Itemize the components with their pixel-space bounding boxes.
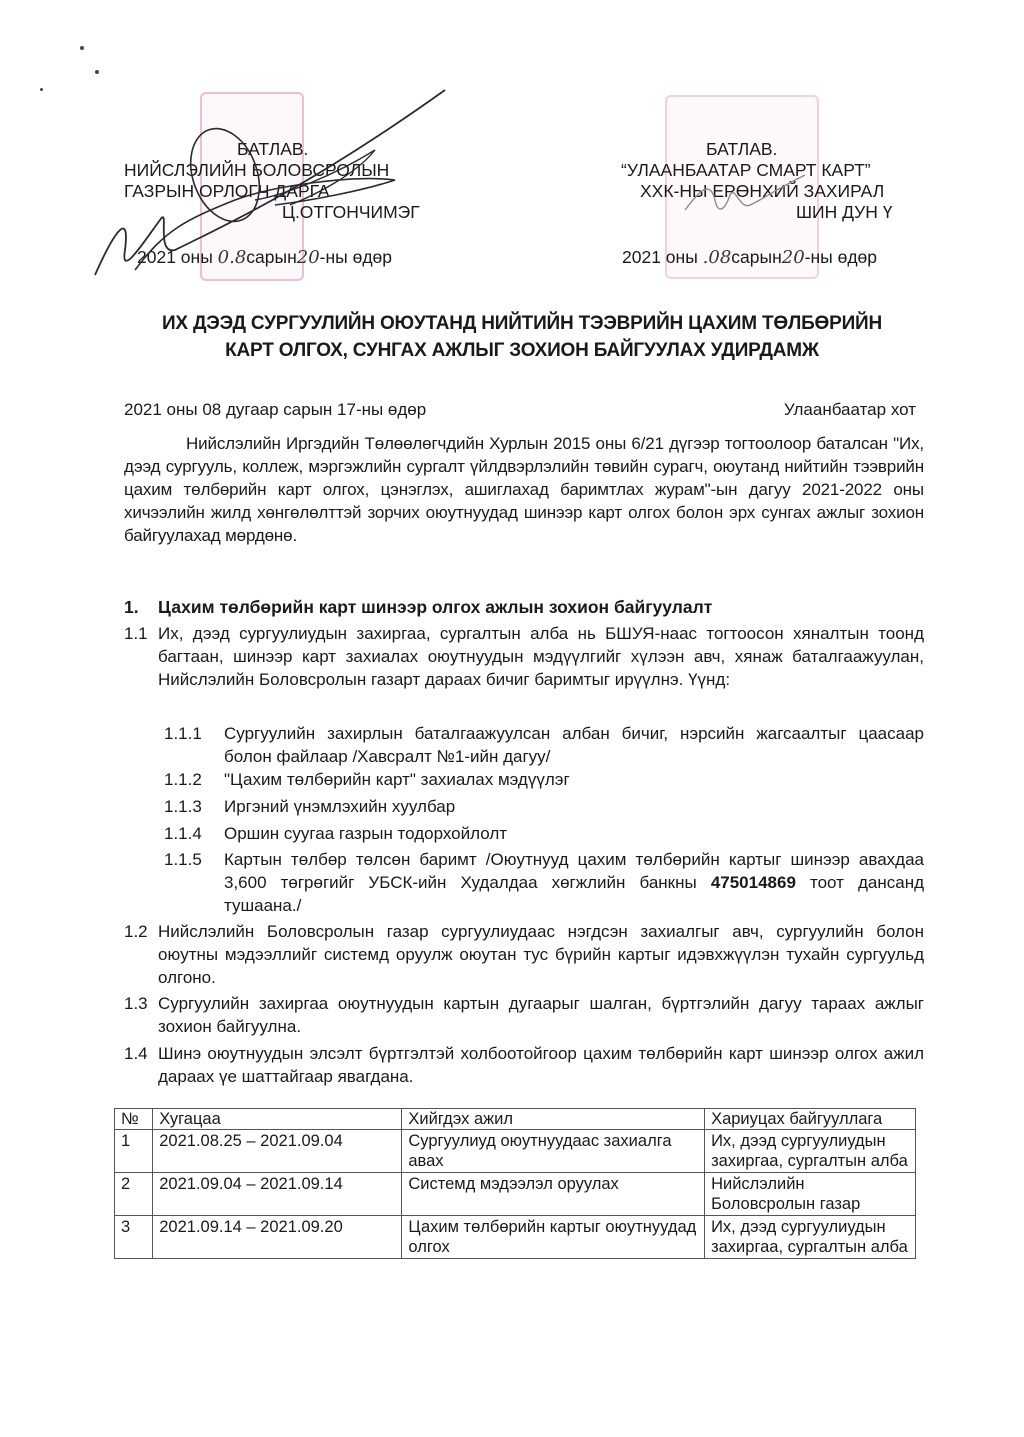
document-dateline: 2021 оны 08 дугаар сарын 17-ны өдөр Улаа… [124,400,916,420]
handwritten-day: 20 [782,247,805,268]
sub-list-item: 1.1.4 Оршин суугаа газрын тодорхойлолт [164,822,924,845]
document-place: Улаанбаатар хот [784,400,916,420]
handwritten-day: 20 [297,247,320,268]
approval-position: ГАЗРЫН ОРЛОГЧ ДАРГА [124,181,444,202]
list-item: 1.1 Их, дээд сургуулиудын захиргаа, сург… [124,622,924,691]
section-heading: 1.Цахим төлбөрийн карт шинээр олгох ажлы… [124,597,712,618]
approval-name: Ц.ОТГОНЧИМЭГ [124,202,444,223]
approval-block-right: БАТЛАВ. “УЛААНБААТАР СМАРТ КАРТ” ХХК-НЫ … [618,139,938,223]
scan-speck [80,46,84,50]
table-row: 3 2021.09.14 – 2021.09.20 Цахим төлбөрий… [115,1216,916,1259]
sub-list-item: 1.1.3 Иргэний үнэмлэхийн хуулбар [164,795,924,818]
approval-label: БАТЛАВ. [124,139,444,160]
bank-account-number: 475014869 [711,873,796,892]
sub-list-item: 1.1.2 "Цахим төлбөрийн карт" захиалах мэ… [164,768,924,791]
column-header: Хийгдэх ажил [402,1109,705,1130]
handwritten-month: 0.8 [218,247,247,268]
sub-list-item: 1.1.5 Картын төлбөр төлсөн баримт /Оюутн… [164,848,924,917]
table-row: 1 2021.08.25 – 2021.09.04 Сургуулиуд оюу… [115,1130,916,1173]
table-header-row: № Хугацаа Хийгдэх ажил Хариуцах байгуулл… [115,1109,916,1130]
approval-date: 2021 оны 0.8сарын20-ны өдөр [137,247,392,268]
approval-org: НИЙСЛЭЛИЙН БОЛОВСРОЛЫН [124,160,444,181]
document-date: 2021 оны 08 дугаар сарын 17-ны өдөр [124,400,426,419]
column-header: Хариуцах байгууллага [705,1109,916,1130]
intro-paragraph: Нийслэлийн Иргэдийн Төлөөлөгчдийн Хурлын… [124,432,924,547]
schedule-table: № Хугацаа Хийгдэх ажил Хариуцах байгуулл… [114,1108,916,1259]
list-item: 1.2 Нийслэлийн Боловсролын газар сургуул… [124,920,924,989]
approval-position: ХХК-НЫ ЕРӨНХИЙ ЗАХИРАЛ [618,181,938,202]
approval-name: ШИН ДУН Ү [618,202,938,223]
column-header: Хугацаа [153,1109,402,1130]
scan-speck [95,70,99,74]
approval-date: 2021 оны .08сарын20-ны өдөр [622,247,877,268]
scan-speck [40,88,43,91]
approval-org: “УЛААНБААТАР СМАРТ КАРТ” [618,160,938,181]
approval-label: БАТЛАВ. [618,139,938,160]
list-item: 1.4 Шинэ оюутнуудын элсэлт бүртгэлтэй хо… [124,1042,924,1088]
document-title: ИХ ДЭЭД СУРГУУЛИЙН ОЮУТАНД НИЙТИЙН ТЭЭВР… [100,310,944,364]
table-row: 2 2021.09.04 – 2021.09.14 Системд мэдээл… [115,1173,916,1216]
list-item: 1.3 Сургуулийн захиргаа оюутнуудын карты… [124,992,924,1038]
sub-list-item: 1.1.1 Сургуулийн захирлын баталгаажуулса… [164,722,924,768]
approval-block-left: БАТЛАВ. НИЙСЛЭЛИЙН БОЛОВСРОЛЫН ГАЗРЫН ОР… [124,139,444,223]
handwritten-month: .08 [703,247,732,268]
column-header: № [115,1109,153,1130]
document-page: БАТЛАВ. НИЙСЛЭЛИЙН БОЛОВСРОЛЫН ГАЗРЫН ОР… [0,0,1024,1437]
